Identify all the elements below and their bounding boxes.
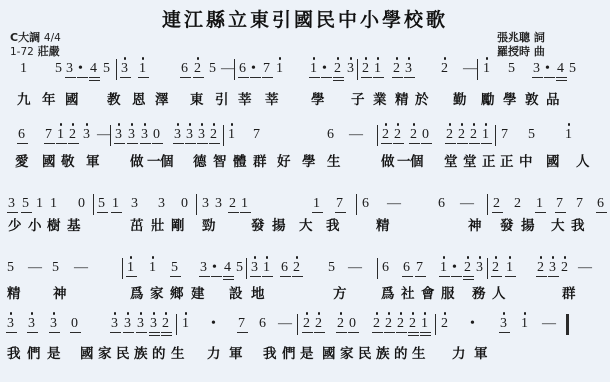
note-token: 1 bbox=[310, 62, 317, 76]
lyric-char: 務 bbox=[472, 287, 486, 302]
beam-line-2 bbox=[333, 80, 344, 81]
beam-line bbox=[211, 276, 222, 277]
beam-line bbox=[457, 143, 468, 144]
octave-dot bbox=[185, 312, 188, 315]
note-token: 6 bbox=[259, 317, 266, 331]
barline bbox=[297, 314, 298, 335]
beam-line bbox=[402, 276, 413, 277]
beam-line bbox=[555, 212, 566, 213]
lyric-char: 正 bbox=[482, 155, 496, 170]
beam-line bbox=[49, 332, 60, 333]
tempo-marking: 1-72 bbox=[10, 46, 34, 58]
octave-dot bbox=[306, 312, 309, 315]
beam-line bbox=[111, 212, 122, 213]
octave-dot bbox=[397, 123, 400, 126]
dash-token: — bbox=[221, 62, 235, 76]
note-token: 1 bbox=[139, 62, 146, 76]
lyric-char: 莘 bbox=[265, 93, 279, 108]
beam-line bbox=[499, 332, 510, 333]
note-token: 5 bbox=[209, 62, 216, 76]
note-token: 1 bbox=[440, 261, 447, 275]
octave-dot bbox=[142, 57, 145, 60]
dash-token: — bbox=[97, 128, 111, 142]
note-token: 2 bbox=[315, 317, 322, 331]
lyric-char: 中 bbox=[519, 155, 533, 170]
lyric-char: 個 bbox=[410, 155, 424, 170]
lyric-char: 個 bbox=[160, 155, 174, 170]
octave-dot bbox=[124, 57, 127, 60]
note-token: 1 bbox=[521, 317, 528, 331]
note-token: 1 bbox=[241, 197, 248, 211]
note-token: 2 bbox=[493, 197, 500, 211]
tempo-and-expression: 1-72 莊嚴 bbox=[10, 43, 60, 59]
beam-line bbox=[463, 276, 474, 277]
beam-line bbox=[548, 276, 559, 277]
note-token: 3 bbox=[8, 197, 15, 211]
note-token: 2 bbox=[229, 197, 236, 211]
lyric-char: 國 bbox=[65, 93, 79, 108]
lyric-char: 少 bbox=[8, 219, 22, 234]
note-token: 3 bbox=[124, 317, 131, 331]
lyric-char: 正 bbox=[500, 155, 514, 170]
octave-dot bbox=[153, 312, 156, 315]
octave-dot bbox=[189, 123, 192, 126]
note-token: 0 bbox=[71, 317, 78, 331]
note-token: 1 bbox=[127, 261, 134, 275]
octave-dot bbox=[131, 123, 134, 126]
lyric-char: 教 bbox=[107, 93, 121, 108]
lyric-char: 茁 bbox=[130, 219, 144, 234]
beam-line bbox=[361, 77, 372, 78]
beam-line bbox=[110, 332, 121, 333]
lyric-char: 年 bbox=[42, 93, 56, 108]
lyric-char: 大 bbox=[299, 219, 313, 234]
barline bbox=[246, 258, 247, 279]
beam-line bbox=[65, 77, 76, 78]
note-token: 7 bbox=[336, 197, 343, 211]
octave-dot bbox=[340, 312, 343, 315]
note-token: 2 bbox=[492, 261, 499, 275]
note-token: 2 bbox=[397, 317, 404, 331]
barline bbox=[357, 59, 358, 80]
note-token: 1 bbox=[112, 197, 119, 211]
barline bbox=[234, 59, 235, 80]
note-token: 5 bbox=[171, 261, 178, 275]
lyric-char: 精 bbox=[7, 287, 21, 302]
beam-line bbox=[335, 212, 346, 213]
beam-line bbox=[544, 77, 555, 78]
lyric-char: 智 bbox=[213, 155, 227, 170]
octave-dot bbox=[568, 123, 571, 126]
barline bbox=[93, 194, 94, 215]
octave-dot bbox=[495, 256, 498, 259]
dash-token: — bbox=[578, 261, 592, 275]
lyric-char: 揚 bbox=[272, 219, 286, 234]
beam-line bbox=[228, 212, 239, 213]
beam-line bbox=[373, 77, 384, 78]
octave-dot bbox=[130, 256, 133, 259]
lyric-char: 精 bbox=[376, 219, 390, 234]
lyric-char: 小 bbox=[28, 219, 42, 234]
barline bbox=[110, 125, 111, 146]
note-token: 6 bbox=[382, 261, 389, 275]
lyric-char: 揚 bbox=[521, 219, 535, 234]
beam-line bbox=[199, 276, 210, 277]
note-token: 3 bbox=[28, 317, 35, 331]
lyric-char: 群 bbox=[253, 155, 267, 170]
barline bbox=[122, 258, 123, 279]
lyric-char: 國 bbox=[80, 347, 94, 362]
lyric-char: 發 bbox=[500, 219, 514, 234]
beam-line bbox=[149, 332, 160, 333]
octave-dot bbox=[467, 256, 470, 259]
lyric-char: 軍 bbox=[474, 347, 488, 362]
note-token: 3 bbox=[115, 128, 122, 142]
beam-line bbox=[138, 77, 149, 78]
octave-dot bbox=[444, 312, 447, 315]
note-token: 5 bbox=[22, 197, 29, 211]
octave-dot bbox=[503, 312, 506, 315]
note-token: 2 bbox=[334, 62, 341, 76]
octave-dot bbox=[152, 256, 155, 259]
octave-dot bbox=[412, 312, 415, 315]
beam-line bbox=[302, 332, 313, 333]
dash-token: — bbox=[463, 62, 477, 76]
beam-line bbox=[7, 212, 18, 213]
lyric-char: 做 bbox=[130, 155, 144, 170]
note-token: 2 bbox=[410, 128, 417, 142]
lyric-char: 爲 bbox=[381, 287, 395, 302]
note-token: 2 bbox=[441, 317, 448, 331]
beam-line bbox=[536, 276, 547, 277]
octave-dot bbox=[60, 123, 63, 126]
lyric-char: 軍 bbox=[86, 155, 100, 170]
note-token: 2 bbox=[441, 62, 448, 76]
lyric-char: 東 bbox=[190, 93, 204, 108]
note-token: 6 bbox=[597, 197, 604, 211]
lyric-char: 族 bbox=[134, 347, 148, 362]
beam-line-2 bbox=[89, 80, 100, 81]
note-token: 1 bbox=[263, 261, 270, 275]
note-token: 2 bbox=[210, 128, 217, 142]
note-token: 3 bbox=[405, 62, 412, 76]
beam-line bbox=[173, 143, 184, 144]
note-token: 1 bbox=[374, 62, 381, 76]
beam-line bbox=[70, 332, 81, 333]
note-token: 1 bbox=[228, 128, 235, 142]
lyric-char: 是 bbox=[47, 347, 61, 362]
octave-dot bbox=[10, 312, 13, 315]
lyric-char: 家 bbox=[340, 347, 354, 362]
lyric-char: 堂 bbox=[463, 155, 477, 170]
lyric-char: 國 bbox=[546, 155, 560, 170]
beam-line bbox=[193, 77, 204, 78]
beam-line bbox=[348, 332, 359, 333]
lyric-char: 民 bbox=[116, 347, 130, 362]
lyric-char: 人 bbox=[492, 287, 506, 302]
lyric-char: 恩 bbox=[132, 93, 146, 108]
octave-dot bbox=[443, 256, 446, 259]
note-token: 6 bbox=[281, 261, 288, 275]
note-token: 3 bbox=[215, 197, 222, 211]
lyric-char: 國 bbox=[322, 347, 336, 362]
barline bbox=[176, 314, 177, 335]
beam-line bbox=[262, 77, 273, 78]
lyric-char: 設 bbox=[229, 287, 243, 302]
lyric-char: 引 bbox=[215, 93, 229, 108]
lyric-char: 一 bbox=[397, 155, 411, 170]
beam-line bbox=[21, 212, 32, 213]
note-token: 3 bbox=[150, 317, 157, 331]
lyric-char: 生 bbox=[327, 155, 341, 170]
lyric-char: 們 bbox=[282, 347, 296, 362]
octave-dot bbox=[485, 123, 488, 126]
beam-line bbox=[336, 332, 347, 333]
octave-dot bbox=[552, 256, 555, 259]
note-token: 5 bbox=[103, 62, 110, 76]
lyric-char: 地 bbox=[251, 287, 265, 302]
lyric-char: 軍 bbox=[229, 347, 243, 362]
lyric-char: 我 bbox=[326, 219, 340, 234]
beam-line bbox=[384, 332, 395, 333]
beam-line bbox=[240, 212, 251, 213]
octave-dot bbox=[118, 123, 121, 126]
octave-dot bbox=[540, 256, 543, 259]
final-barline bbox=[566, 314, 569, 335]
octave-dot bbox=[114, 312, 117, 315]
octave-dot bbox=[388, 312, 391, 315]
note-token: 3 bbox=[131, 197, 138, 211]
lyric-char: 的 bbox=[394, 347, 408, 362]
note-token: 6 bbox=[18, 128, 25, 142]
dash-token: — bbox=[349, 128, 363, 142]
octave-dot bbox=[31, 312, 34, 315]
beam-line bbox=[17, 143, 28, 144]
beam-line bbox=[396, 332, 407, 333]
note-token: 6 bbox=[327, 128, 334, 142]
beam-line bbox=[197, 143, 208, 144]
beam-line bbox=[333, 77, 344, 78]
lyric-char: 發 bbox=[251, 219, 265, 234]
note-token: 5 bbox=[52, 261, 59, 275]
lyric-char: 會 bbox=[421, 287, 435, 302]
octave-dot bbox=[213, 123, 216, 126]
note-token: 2 bbox=[514, 197, 521, 211]
beam-line bbox=[185, 143, 196, 144]
octave-dot bbox=[318, 312, 321, 315]
note-token: 3 bbox=[198, 128, 205, 142]
beam-line bbox=[596, 212, 607, 213]
note-token: 3 bbox=[347, 62, 354, 76]
lyric-char: 學 bbox=[302, 155, 316, 170]
beam-line-2 bbox=[556, 80, 567, 81]
lyric-char: 民 bbox=[358, 347, 372, 362]
beam-line bbox=[280, 276, 291, 277]
beam-line bbox=[68, 143, 79, 144]
octave-dot bbox=[165, 312, 168, 315]
octave-dot bbox=[413, 123, 416, 126]
beam-line bbox=[314, 332, 325, 333]
beam-line bbox=[237, 332, 248, 333]
note-token: 3 bbox=[141, 128, 148, 142]
beam-line bbox=[114, 143, 125, 144]
octave-dot bbox=[486, 57, 489, 60]
barline bbox=[223, 125, 224, 146]
note-token: 3 bbox=[200, 261, 207, 275]
dot-token: • bbox=[212, 261, 217, 275]
note-token: 4 bbox=[224, 261, 231, 275]
octave-dot bbox=[254, 256, 257, 259]
lyric-char: 我 bbox=[571, 219, 585, 234]
lyric-char: 神 bbox=[468, 219, 482, 234]
lyric-char: 的 bbox=[152, 347, 166, 362]
note-token: 5 bbox=[569, 62, 576, 76]
note-token: 5 bbox=[98, 197, 105, 211]
octave-dot bbox=[53, 312, 56, 315]
lyric-char: 服 bbox=[441, 287, 455, 302]
lyric-char: 家 bbox=[150, 287, 164, 302]
dot-token: • bbox=[545, 62, 550, 76]
octave-dot bbox=[377, 57, 380, 60]
beam-line bbox=[409, 143, 420, 144]
note-token: 5 bbox=[528, 128, 535, 142]
note-token: 5 bbox=[55, 62, 62, 76]
lyric-char: 學 bbox=[503, 93, 517, 108]
note-token: 3 bbox=[128, 128, 135, 142]
beam-line bbox=[451, 276, 462, 277]
beam-line bbox=[415, 276, 426, 277]
octave-dot bbox=[127, 312, 130, 315]
lyric-char: 我 bbox=[7, 347, 21, 362]
beam-line bbox=[404, 77, 415, 78]
barline bbox=[196, 194, 197, 215]
lyric-char: 生 bbox=[412, 347, 426, 362]
barline bbox=[435, 314, 436, 335]
beam-line bbox=[126, 276, 137, 277]
beam-line bbox=[532, 77, 543, 78]
beam-line bbox=[6, 332, 17, 333]
note-token: 1 bbox=[57, 128, 64, 142]
octave-dot bbox=[350, 57, 353, 60]
beam-line bbox=[180, 77, 191, 78]
lyric-char: 勤 bbox=[453, 93, 467, 108]
note-token: 3 bbox=[500, 317, 507, 331]
note-token: 1 bbox=[421, 317, 428, 331]
note-token: 2 bbox=[194, 62, 201, 76]
beam-line bbox=[505, 276, 516, 277]
note-token: 7 bbox=[253, 128, 260, 142]
dot-token: • bbox=[470, 317, 475, 331]
sheet-music-page: 連江縣立東引國民中小學校歌 C大調 4/4 1-72 莊嚴 張兆聰 詞 羅授時 … bbox=[0, 0, 610, 382]
lyric-char: 群 bbox=[562, 287, 576, 302]
lyric-char: 樹 bbox=[47, 219, 61, 234]
octave-dot bbox=[313, 57, 316, 60]
note-token: 2 bbox=[458, 128, 465, 142]
note-token: 7 bbox=[556, 197, 563, 211]
beam-line bbox=[492, 212, 503, 213]
note-token: 1 bbox=[536, 197, 543, 211]
dot-token: • bbox=[452, 261, 457, 275]
beam-line bbox=[136, 332, 147, 333]
note-token: 2 bbox=[337, 317, 344, 331]
lyric-char: 敬 bbox=[61, 155, 75, 170]
note-token: 2 bbox=[385, 317, 392, 331]
octave-dot bbox=[524, 312, 527, 315]
note-token: 1 bbox=[483, 62, 490, 76]
note-token: 7 bbox=[501, 128, 508, 142]
beam-line bbox=[309, 77, 320, 78]
lyric-char: 力 bbox=[452, 347, 466, 362]
octave-dot bbox=[144, 123, 147, 126]
barline bbox=[487, 258, 488, 279]
beam-line-2 bbox=[420, 335, 431, 336]
note-token: 4 bbox=[557, 62, 564, 76]
note-token: 1 bbox=[149, 261, 156, 275]
lyric-char: 大 bbox=[551, 219, 565, 234]
octave-dot bbox=[86, 123, 89, 126]
lyric-char: 我 bbox=[263, 347, 277, 362]
note-token: 3 bbox=[83, 128, 90, 142]
lyric-char: 做 bbox=[381, 155, 395, 170]
note-token: 1 bbox=[20, 62, 27, 76]
lyric-char: 子 bbox=[351, 93, 365, 108]
dash-token: — bbox=[278, 317, 292, 331]
note-token: 3 bbox=[186, 128, 193, 142]
beam-line-2 bbox=[408, 335, 419, 336]
lyric-char: 鄉 bbox=[170, 287, 184, 302]
note-token: 3 bbox=[50, 317, 57, 331]
note-token: 6 bbox=[403, 261, 410, 275]
note-token: 1 bbox=[50, 197, 57, 211]
note-token: 7 bbox=[416, 261, 423, 275]
note-token: 0 bbox=[153, 128, 160, 142]
lyric-char: 家 bbox=[98, 347, 112, 362]
note-token: 2 bbox=[303, 317, 310, 331]
lyric-char: 剛 bbox=[171, 219, 185, 234]
beam-line bbox=[44, 143, 55, 144]
octave-dot bbox=[140, 312, 143, 315]
lyric-char: 一 bbox=[147, 155, 161, 170]
note-token: 1 bbox=[313, 197, 320, 211]
beam-line bbox=[469, 143, 480, 144]
note-token: 3 bbox=[251, 261, 258, 275]
lyric-char: 生 bbox=[171, 347, 185, 362]
note-token: 1 bbox=[482, 128, 489, 142]
note-token: 2 bbox=[561, 261, 568, 275]
octave-dot bbox=[408, 57, 411, 60]
lyric-char: 堂 bbox=[444, 155, 458, 170]
note-token: 2 bbox=[409, 317, 416, 331]
note-token: 0 bbox=[181, 197, 188, 211]
beam-line-2 bbox=[223, 279, 234, 280]
note-token: 1 bbox=[276, 62, 283, 76]
octave-dot bbox=[231, 123, 234, 126]
note-token: 3 bbox=[476, 261, 483, 275]
beam-line bbox=[321, 77, 332, 78]
lyric-char: 澤 bbox=[155, 93, 169, 108]
barline bbox=[116, 59, 117, 80]
beam-line bbox=[372, 332, 383, 333]
lyric-char: 們 bbox=[27, 347, 41, 362]
barline bbox=[495, 125, 496, 146]
dash-token: — bbox=[348, 261, 362, 275]
barline bbox=[377, 258, 378, 279]
note-token: 6 bbox=[181, 62, 188, 76]
note-token: 0 bbox=[349, 317, 356, 331]
note-token: 7 bbox=[263, 62, 270, 76]
lyric-char: 方 bbox=[333, 287, 347, 302]
lyric-char: 勁 bbox=[202, 219, 216, 234]
